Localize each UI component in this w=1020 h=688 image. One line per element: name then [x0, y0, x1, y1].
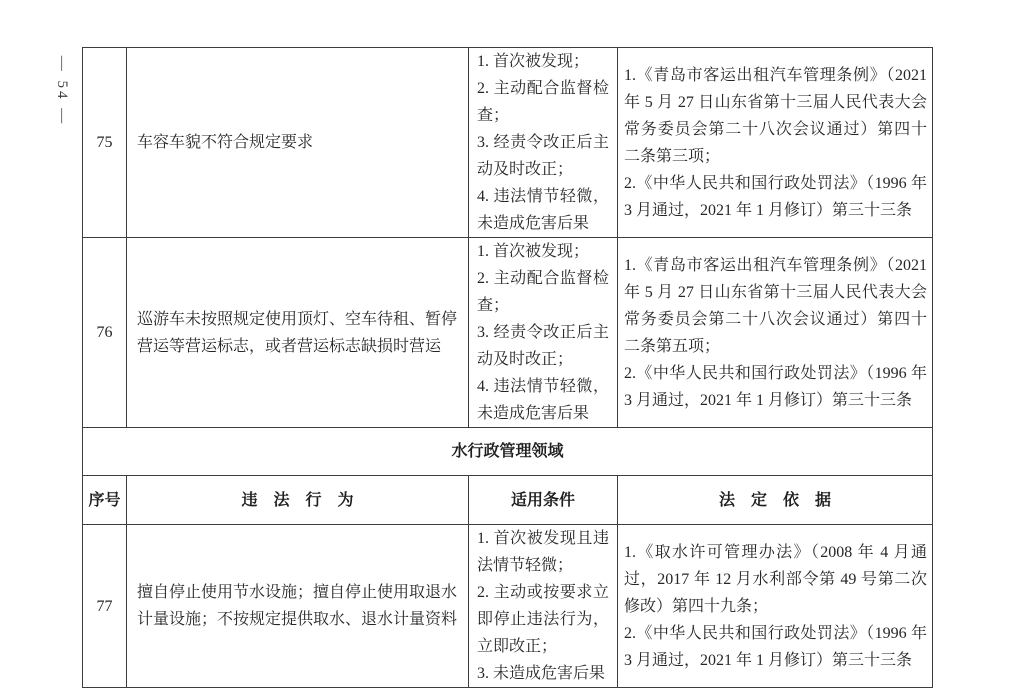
document-page: — 54 — 75 车容车貌不符合规定要求 1. 首次被发现； 2. 主动配合监… — [0, 0, 1020, 688]
penalty-table: 75 车容车貌不符合规定要求 1. 首次被发现； 2. 主动配合监督检查； 3.… — [82, 47, 933, 688]
page-number: — 54 — — [40, 46, 70, 136]
column-header-basis: 法 定 依 据 — [618, 476, 933, 525]
cell-condition-77: 1. 首次被发现且违法情节轻微； 2. 主动或按要求立即停止违法行为，立即改正；… — [469, 525, 618, 688]
cell-basis-75: 1.《青岛市客运出租汽车管理条例》（2021 年 5 月 27 日山东省第十三届… — [618, 48, 933, 238]
column-header-behavior: 违 法 行 为 — [127, 476, 469, 525]
cell-behavior-75: 车容车貌不符合规定要求 — [127, 48, 469, 238]
cell-seq-77: 77 — [83, 525, 127, 688]
cell-seq-75: 75 — [83, 48, 127, 238]
cell-behavior-77: 擅自停止使用节水设施；擅自停止使用取退水计量设施；不按规定提供取水、退水计量资料 — [127, 525, 469, 688]
cell-condition-75: 1. 首次被发现； 2. 主动配合监督检查； 3. 经责令改正后主动及时改正； … — [469, 48, 618, 238]
cell-basis-76: 1.《青岛市客运出租汽车管理条例》（2021 年 5 月 27 日山东省第十三届… — [618, 238, 933, 428]
cell-condition-76: 1. 首次被发现； 2. 主动配合监督检查； 3. 经责令改正后主动及时改正； … — [469, 238, 618, 428]
cell-behavior-76: 巡游车未按照规定使用顶灯、空车待租、暂停营运等营运标志，或者营运标志缺损时营运 — [127, 238, 469, 428]
cell-seq-76: 76 — [83, 238, 127, 428]
column-header-seq: 序号 — [83, 476, 127, 525]
table-row-75: 75 车容车貌不符合规定要求 1. 首次被发现； 2. 主动配合监督检查； 3.… — [83, 48, 933, 238]
section-header: 水行政管理领域 — [83, 428, 933, 476]
column-header-condition: 适用条件 — [469, 476, 618, 525]
cell-basis-77: 1.《取水许可管理办法》（2008 年 4 月通过，2017 年 12 月水利部… — [618, 525, 933, 688]
section-header-row: 水行政管理领域 — [83, 428, 933, 476]
column-header-row: 序号 违 法 行 为 适用条件 法 定 依 据 — [83, 476, 933, 525]
table-row-77: 77 擅自停止使用节水设施；擅自停止使用取退水计量设施；不按规定提供取水、退水计… — [83, 525, 933, 688]
table-row-76: 76 巡游车未按照规定使用顶灯、空车待租、暂停营运等营运标志，或者营运标志缺损时… — [83, 238, 933, 428]
